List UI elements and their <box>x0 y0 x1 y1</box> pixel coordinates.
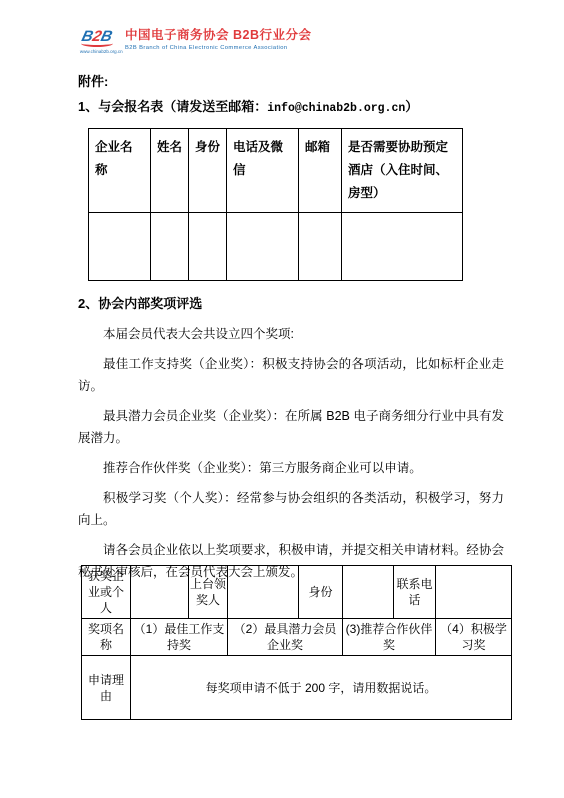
contact-phone-label-cell: 联系电话 <box>394 566 436 619</box>
registration-empty-row <box>89 213 463 281</box>
paragraph-award-most-potential: 最具潜力会员企业奖（企业奖）：在所属 B2B 电子商务细分行业中具有发展潜力。 <box>78 405 504 449</box>
winner-label-cell: 获奖企业或个人 <box>82 566 131 619</box>
org-title-chinese: 中国电子商务协会 B2B行业分会 <box>125 28 311 43</box>
header-email: 邮箱 <box>299 129 342 213</box>
section2-title: 2、协会内部奖项评选 <box>78 293 202 312</box>
section1-title-prefix: 1、与会报名表（请发送至邮箱： <box>78 99 267 114</box>
registration-header-row: 企业名称 姓名 身份 电话及微信 邮箱 是否需要协助预定酒店（入住时间、房型） <box>89 129 463 213</box>
award-3-cell: (3)推荐合作伙伴奖 <box>343 619 436 656</box>
registration-email: info@chinab2b.org.cn <box>267 102 405 115</box>
header-identity: 身份 <box>189 129 227 213</box>
paragraph-award-best-support: 最佳工作支持奖（企业奖）：积极支持协会的各项活动，比如标杆企业走访。 <box>78 353 504 397</box>
paragraph-award-recommended-partner: 推荐合作伙伴奖（企业奖）：第三方服务商企业可以申请。 <box>78 457 504 479</box>
presenter-label-cell: 上台领奖人 <box>189 566 228 619</box>
award-application-table: 获奖企业或个人 上台领奖人 身份 联系电话 奖项名称 （1）最佳工作支持奖 （2… <box>81 565 512 720</box>
paragraph-award-active-learning: 积极学习奖（个人奖）：经常参与协会组织的各类活动，积极学习，努力向上。 <box>78 487 504 531</box>
org-logo-text: 中国电子商务协会 B2B行业分会 B2B Branch of China Ele… <box>125 26 311 51</box>
registration-table: 企业名称 姓名 身份 电话及微信 邮箱 是否需要协助预定酒店（入住时间、房型） <box>88 128 463 281</box>
award-4-cell: （4）积极学习奖 <box>436 619 512 656</box>
contact-phone-input-cell <box>436 566 512 619</box>
award-name-row: 奖项名称 （1）最佳工作支持奖 （2）最具潜力会员企业奖 (3)推荐合作伙伴奖 … <box>82 619 512 656</box>
b2b-logo-icon: B2B www.chinab2b.org.cn <box>78 26 116 55</box>
org-title-english: B2B Branch of China Electronic Commerce … <box>125 45 311 51</box>
reason-label-cell: 申请理由 <box>82 656 131 720</box>
email-cell <box>299 213 342 281</box>
header-hotel-assist: 是否需要协助预定酒店（入住时间、房型） <box>342 129 463 213</box>
header-phone-wechat: 电话及微信 <box>227 129 299 213</box>
section2-body: 本届会员代表大会共设立四个奖项: 最佳工作支持奖（企业奖）：积极支持协会的各项活… <box>78 323 504 591</box>
identity-input-cell <box>343 566 394 619</box>
award-2-cell: （2）最具潜力会员企业奖 <box>228 619 343 656</box>
identity-label-cell: 身份 <box>299 566 343 619</box>
b2b-logo-letters: B2B <box>76 29 118 44</box>
header-company-name: 企业名称 <box>89 129 151 213</box>
award-1-cell: （1）最佳工作支持奖 <box>131 619 228 656</box>
award-winner-row: 获奖企业或个人 上台领奖人 身份 联系电话 <box>82 566 512 619</box>
name-cell <box>151 213 189 281</box>
reason-content-cell: 每奖项申请不低于 200 字，请用数据说话。 <box>131 656 512 720</box>
award-name-label-cell: 奖项名称 <box>82 619 131 656</box>
section1-title: 1、与会报名表（请发送至邮箱：info@chinab2b.org.cn） <box>78 96 418 115</box>
hotel-assist-cell <box>342 213 463 281</box>
phone-wechat-cell <box>227 213 299 281</box>
attachment-label: 附件: <box>78 71 108 90</box>
paragraph-awards-intro: 本届会员代表大会共设立四个奖项: <box>78 323 504 345</box>
logo-url-text: www.chinab2b.org.cn <box>80 49 114 54</box>
identity-cell <box>189 213 227 281</box>
section1-title-suffix: ） <box>405 99 418 114</box>
presenter-input-cell <box>228 566 299 619</box>
company-name-cell <box>89 213 151 281</box>
application-reason-row: 申请理由 每奖项申请不低于 200 字，请用数据说话。 <box>82 656 512 720</box>
winner-input-cell <box>131 566 189 619</box>
document-page: B2B www.chinab2b.org.cn 中国电子商务协会 B2B行业分会… <box>0 0 564 798</box>
org-logo: B2B www.chinab2b.org.cn 中国电子商务协会 B2B行业分会… <box>78 26 311 55</box>
header-name: 姓名 <box>151 129 189 213</box>
